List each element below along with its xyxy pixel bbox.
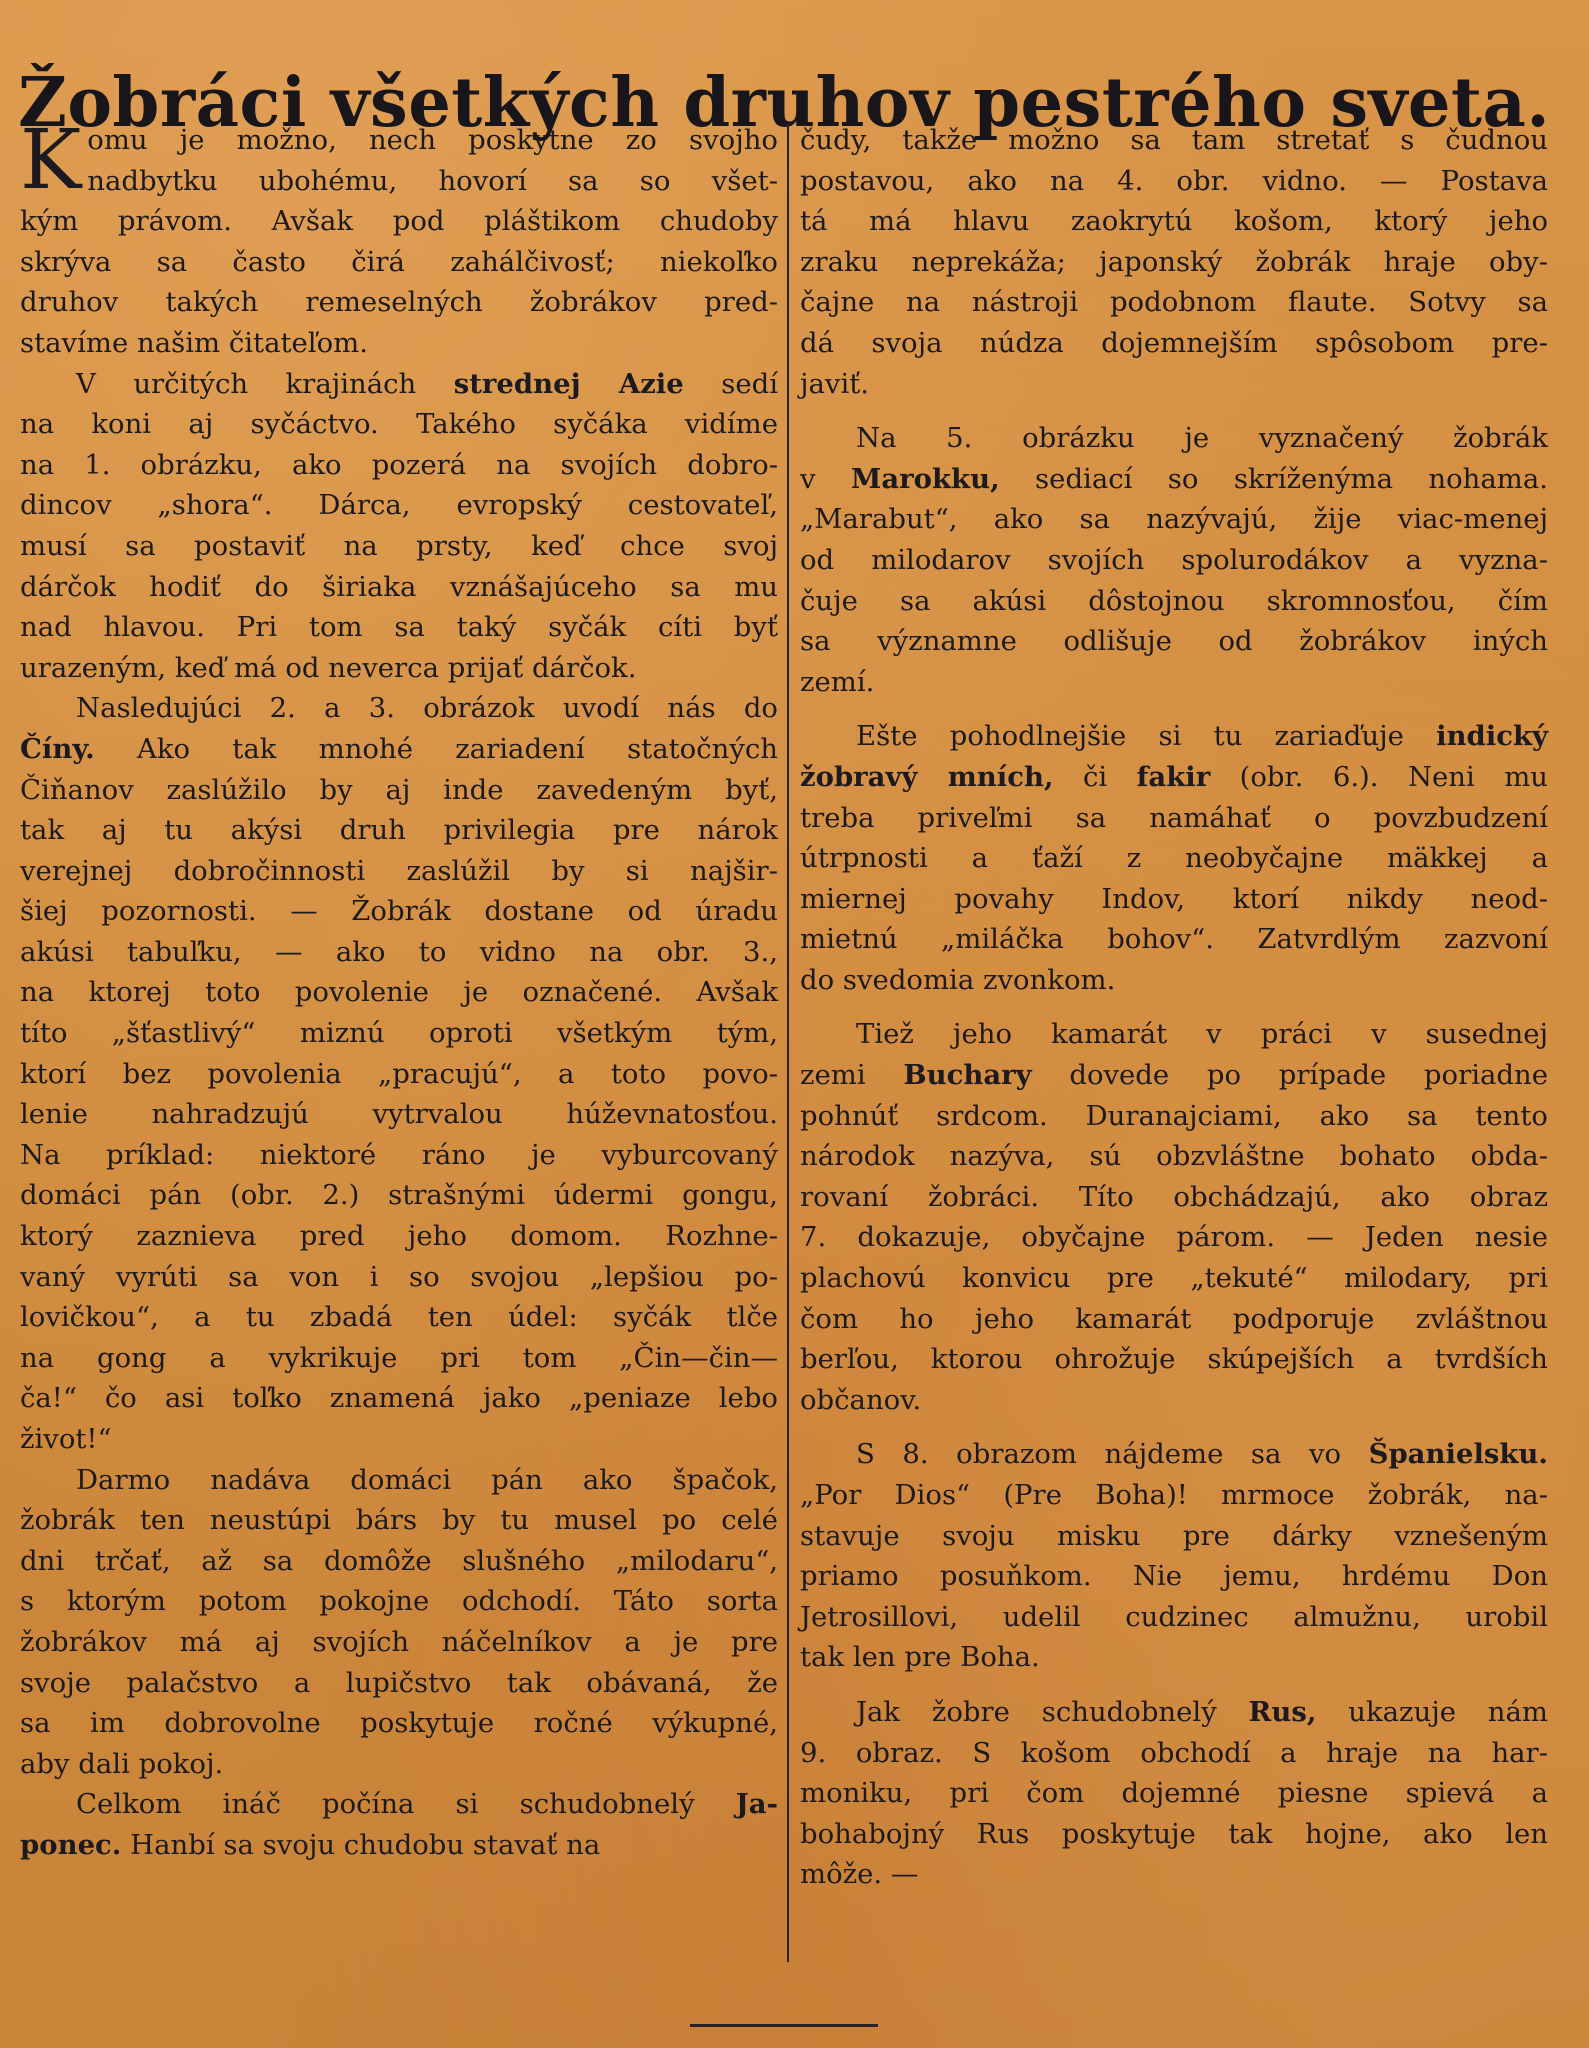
text-line: musí sa postaviť na prsty, keď chce svoj xyxy=(20,526,778,567)
text-line: „Marabut“, ako sa nazývajú, žije viac-me… xyxy=(800,499,1548,540)
text-line: rovaní žobráci. Títo obchádzajú, ako obr… xyxy=(800,1177,1548,1218)
text-line: domáci pán (obr. 2.) strašnými údermi go… xyxy=(20,1175,778,1216)
text-line: s ktorým potom pokojne odchodí. Táto sor… xyxy=(20,1581,778,1622)
text-line: miernej povahy Indov, ktorí nikdy neod- xyxy=(800,879,1548,920)
text-line: „Por Dios“ (Pre Boha)! mrmoce žobrák, na… xyxy=(800,1475,1548,1516)
column-divider xyxy=(787,124,789,1962)
text-line: 9. obraz. S košom obchodí a hraje na har… xyxy=(800,1733,1548,1774)
text-line: nad hlavou. Pri tom sa taký syčák cíti b… xyxy=(20,607,778,648)
text-line: tak len pre Boha. xyxy=(800,1637,1548,1678)
text-line: šiej pozornosti. — Žobrák dostane od úra… xyxy=(20,891,778,932)
text-line: 7. dokazuje, obyčajne párom. — Jeden nes… xyxy=(800,1217,1548,1258)
text-line: do svedomia zvonkom. xyxy=(800,960,1548,1001)
text-line: V určitých krajinách strednej Azie sedí xyxy=(20,364,778,405)
text-line: bohabojný Rus poskytuje tak hojne, ako l… xyxy=(800,1814,1548,1855)
text-line: tá má hlavu zaokrytú košom, ktorý jeho xyxy=(800,201,1548,242)
text-line: Na príklad: niektoré ráno je vyburcovaný xyxy=(20,1135,778,1176)
text-line: sa významne odlišuje od žobrákov iných xyxy=(800,621,1548,662)
text-line: Komu je možno, nech poskytne zo svojho xyxy=(20,120,778,161)
text-line: berľou, ktorou ohrožuje skúpejších a tvr… xyxy=(800,1339,1548,1380)
text-line: nadbytku ubohému, hovorí sa so všet- xyxy=(20,161,778,202)
text-line: žobrákov má aj svojích náčelníkov a je p… xyxy=(20,1622,778,1663)
text-line: žobrák ten neustúpi bárs by tu musel po … xyxy=(20,1500,778,1541)
text-line: skrýva sa často čirá zahálčivosť; niekoľ… xyxy=(20,242,778,283)
text-line: Na 5. obrázku je vyznačený žobrák xyxy=(800,418,1548,459)
article-paragraph: V určitých krajinách strednej Azie sedín… xyxy=(20,364,778,689)
text-line: na gong a vykrikuje pri tom „Čin—čin— xyxy=(20,1338,778,1379)
text-line: dincov „shora“. Dárca, evropský cestovat… xyxy=(20,485,778,526)
text-line: priamo posuňkom. Nie jemu, hrdému Don xyxy=(800,1556,1548,1597)
article-column-left: Komu je možno, nech poskytne zo svojhona… xyxy=(20,120,778,1866)
text-line: tak aj tu akýsi druh privilegia pre náro… xyxy=(20,810,778,851)
article-paragraph: S 8. obrazom nájdeme sa vo Španielsku.„P… xyxy=(800,1434,1548,1678)
text-line: od milodarov svojích spolurodákov a vyzn… xyxy=(800,540,1548,581)
text-line: čuje sa akúsi dôstojnou skromnosťou, čím xyxy=(800,581,1548,622)
text-line: Darmo nadáva domáci pán ako špačok, xyxy=(20,1460,778,1501)
text-line: sa im dobrovolne poskytuje ročné výkupné… xyxy=(20,1703,778,1744)
text-line: Čiňanov zaslúžilo by aj inde zavedeným b… xyxy=(20,770,778,811)
text-line: akúsi tabuľku, — ako to vidno na obr. 3.… xyxy=(20,932,778,973)
text-line: Nasledujúci 2. a 3. obrázok uvodí nás do xyxy=(20,688,778,729)
text-line: Číny. Ako tak mnohé zariadení statočných xyxy=(20,729,778,770)
text-line: na koni aj syčáctvo. Takého syčáka vidím… xyxy=(20,404,778,445)
text-line: na ktorej toto povolenie je označené. Av… xyxy=(20,972,778,1013)
text-line: dni trčať, až sa domôže slušného „miloda… xyxy=(20,1541,778,1582)
text-line: môže. — xyxy=(800,1854,1548,1895)
text-line: Celkom ináč počína si schudobnelý Ja- xyxy=(20,1784,778,1825)
text-line: ponec. Hanbí sa svoju chudobu stavať na xyxy=(20,1825,778,1866)
article-paragraph: Jak žobre schudobnelý Rus, ukazuje nám9.… xyxy=(800,1692,1548,1895)
text-line: žobravý mních, či fakir (obr. 6.). Neni … xyxy=(800,757,1548,798)
end-rule xyxy=(690,2024,878,2027)
text-line: lenie nahradzujú vytrvalou húževnatosťou… xyxy=(20,1094,778,1135)
article-paragraph: Na 5. obrázku je vyznačený žobrákv Marok… xyxy=(800,418,1548,702)
text-line: treba priveľmi sa namáhať o povzbudzení xyxy=(800,798,1548,839)
text-line: čudy, takže možno sa tam stretať s čudno… xyxy=(800,120,1548,161)
text-line: kým právom. Avšak pod pláštikom chudoby xyxy=(20,201,778,242)
text-line: postavou, ako na 4. obr. vidno. — Postav… xyxy=(800,161,1548,202)
text-line: Jetrosillovi, udelil cudzinec almužnu, u… xyxy=(800,1597,1548,1638)
text-line: lovičkou“, a tu zbadá ten údel: syčák tl… xyxy=(20,1297,778,1338)
text-line: mietnú „miláčka bohov“. Zatvrdlým zazvon… xyxy=(800,919,1548,960)
text-line: národok nazýva, sú obzvláštne bohato obd… xyxy=(800,1136,1548,1177)
article-paragraph: Komu je možno, nech poskytne zo svojhona… xyxy=(20,120,778,364)
text-line: na 1. obrázku, ako pozerá na svojích dob… xyxy=(20,445,778,486)
text-line: svoje palačstvo a lupičstvo tak obávaná,… xyxy=(20,1663,778,1704)
text-line: Tiež jeho kamarát v práci v susednej xyxy=(800,1014,1548,1055)
text-line: život!“ xyxy=(20,1419,778,1460)
text-line: zemi Buchary dovede po prípade poriadne xyxy=(800,1055,1548,1096)
text-line: v Marokku, sediací so skríženýma nohama. xyxy=(800,459,1548,500)
text-line: aby dali pokoj. xyxy=(20,1744,778,1785)
text-line: čajne na nástroji podobnom flaute. Sotvy… xyxy=(800,282,1548,323)
text-line: javiť. xyxy=(800,364,1548,405)
text-line: stavíme našim čitateľom. xyxy=(20,323,778,364)
text-line: ktorí bez povolenia „pracujú“, a toto po… xyxy=(20,1054,778,1095)
text-line: zraku neprekáža; japonský žobrák hraje o… xyxy=(800,242,1548,283)
text-line: stavuje svoju misku pre dárky vznešeným xyxy=(800,1516,1548,1557)
text-line: Jak žobre schudobnelý Rus, ukazuje nám xyxy=(800,1692,1548,1733)
newspaper-page: Žobráci všetkých druhov pestrého sveta. … xyxy=(0,0,1589,2048)
article-paragraph: Darmo nadáva domáci pán ako špačok,žobrá… xyxy=(20,1460,778,1785)
drop-cap: K xyxy=(20,126,81,196)
article-paragraph: Nasledujúci 2. a 3. obrázok uvodí nás do… xyxy=(20,688,778,1459)
text-line: plachovú konvicu pre „tekuté“ milodary, … xyxy=(800,1258,1548,1299)
article-paragraph: Ešte pohodlnejšie si tu zariaďuje indick… xyxy=(800,716,1548,1000)
text-line: moniku, pri čom dojemné piesne spievá a xyxy=(800,1773,1548,1814)
text-line: S 8. obrazom nájdeme sa vo Španielsku. xyxy=(800,1434,1548,1475)
text-line: Ešte pohodlnejšie si tu zariaďuje indick… xyxy=(800,716,1548,757)
text-line: títo „šťastlivý“ miznú oproti všetkým tý… xyxy=(20,1013,778,1054)
text-line: útrpnosti a ťaží z neobyčajne mäkkej a xyxy=(800,838,1548,879)
text-line: dá svoja núdza dojemnejším spôsobom pre- xyxy=(800,323,1548,364)
text-line: ča!“ čo asi toľko znamená jako „peniaze … xyxy=(20,1378,778,1419)
text-line: zemí. xyxy=(800,662,1548,703)
article-paragraph: Celkom ináč počína si schudobnelý Ja-pon… xyxy=(20,1784,778,1865)
text-line: občanov. xyxy=(800,1380,1548,1421)
text-line: druhov takých remeselných žobrákov pred- xyxy=(20,282,778,323)
text-line: ktorý zaznieva pred jeho domom. Rozhne- xyxy=(20,1216,778,1257)
text-line: čom ho jeho kamarát podporuje zvláštnou xyxy=(800,1299,1548,1340)
article-paragraph: čudy, takže možno sa tam stretať s čudno… xyxy=(800,120,1548,404)
text-line: dárčok hodiť do širiaka vznášajúceho sa … xyxy=(20,567,778,608)
text-line: verejnej dobročinnosti zaslúžil by si na… xyxy=(20,851,778,892)
text-line: pohnúť srdcom. Duranajciami, ako sa tent… xyxy=(800,1096,1548,1137)
article-paragraph: Tiež jeho kamarát v práci v susednejzemi… xyxy=(800,1014,1548,1420)
article-column-right: čudy, takže možno sa tam stretať s čudno… xyxy=(800,120,1548,1895)
text-line: vaný vyrúti sa von i so svojou „lepšiou … xyxy=(20,1257,778,1298)
text-line: urazeným, keď má od neverca prijať dárčo… xyxy=(20,648,778,689)
